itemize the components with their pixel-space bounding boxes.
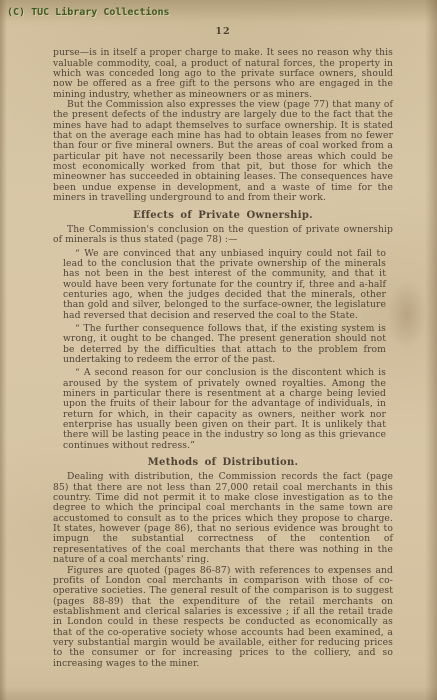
paper-edge-right — [425, 0, 437, 700]
paragraph-commission-conclusion-intro: The Commission's conclusion on the quest… — [53, 225, 393, 246]
paragraph-purse-continuation: purse—is in itself a proper charge to ma… — [53, 48, 393, 100]
watermark-tuc-library: (C) TUC Library Collections — [7, 7, 170, 18]
paper-stain — [387, 280, 427, 350]
blockquote-second-reason: “ A second reason for our conclusion is … — [63, 368, 393, 451]
section-heading-effects-of-private-ownership: Effects of Private Ownership. — [53, 211, 393, 221]
document-page: 12 purse—is in itself a proper charge to… — [53, 27, 393, 669]
blockquote-further-consequence: “ The further consequence follows that, … — [63, 324, 393, 365]
blockquote-unbiased-inquiry: “ We are convinced that any unbiased inq… — [63, 249, 393, 321]
section-heading-methods-of-distribution: Methods of Distribution. — [53, 458, 393, 468]
paragraph-figures-quoted: Figures are quoted (pages 86-87) with re… — [53, 566, 393, 669]
paper-edge-bottom — [0, 686, 437, 700]
page-number: 12 — [53, 27, 393, 37]
paper-edge-left — [0, 0, 7, 700]
paragraph-distribution-merchants: Dealing with distribution, the Commissio… — [53, 472, 393, 565]
paragraph-commission-defects: But the Commission also expresses the vi… — [53, 100, 393, 203]
